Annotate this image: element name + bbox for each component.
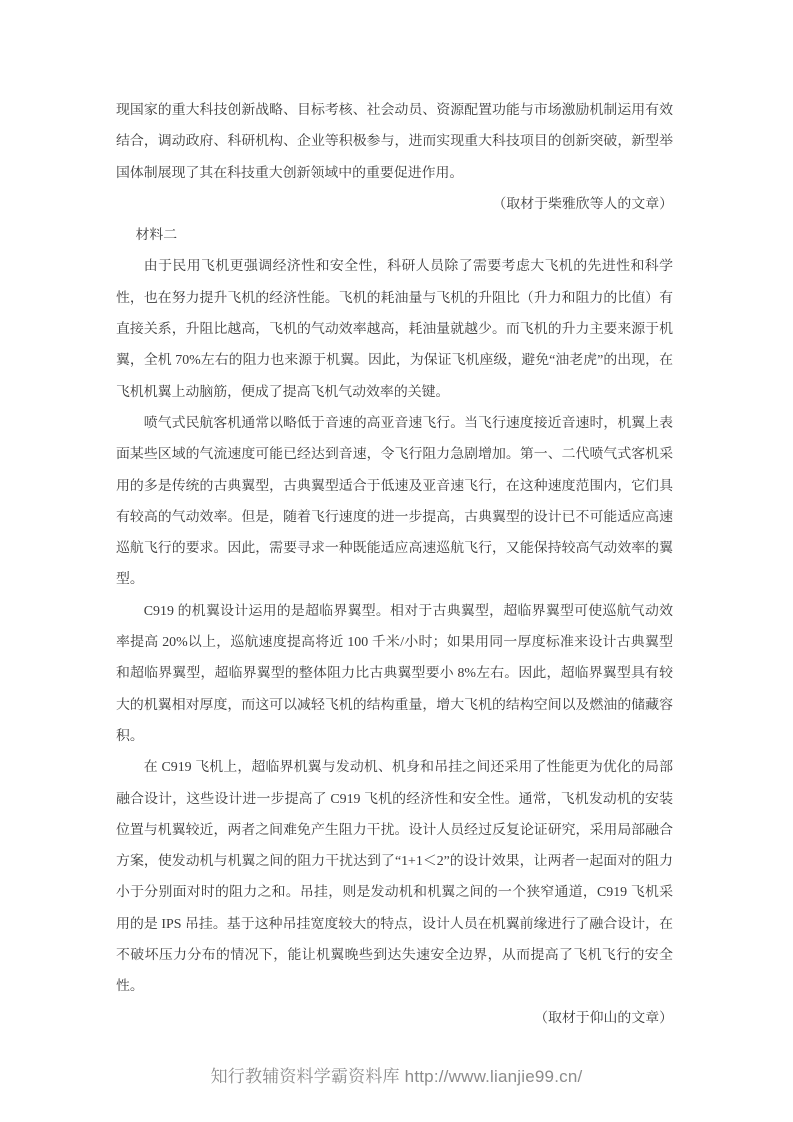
paragraph-fusion-design: 在 C919 飞机上，超临界机翼与发动机、机身和吊挂之间还采用了性能更为优化的局… xyxy=(116,752,673,1002)
document-page: 现国家的重大科技创新战略、目标考核、社会动员、资源配置功能与市场激励机制运用有效… xyxy=(0,0,793,1122)
paragraph-national-strategy-continuation: 现国家的重大科技创新战略、目标考核、社会动员、资源配置功能与市场激励机制运用有效… xyxy=(116,95,673,189)
watermark-footer: 知行教辅资料学霸资料库 http://www.lianjie99.cn/ xyxy=(0,1064,793,1090)
paragraph-supercritical-airfoil: C919 的机翼设计运用的是超临界翼型。相对于古典翼型，超临界翼型可使巡航气动效… xyxy=(116,596,673,752)
paragraph-aircraft-economy: 由于民用飞机更强调经济性和安全性，科研人员除了需要考虑大飞机的先进性和科学性，也… xyxy=(116,251,673,407)
source-attribution-material-1: （取材于柴雅欣等人的文章） xyxy=(116,189,673,220)
section-heading-material-2: 材料二 xyxy=(116,220,673,251)
watermark-text: 知行教辅资料学霸资料库 http://www.lianjie99.cn/ xyxy=(211,1067,583,1086)
document-text-column: 现国家的重大科技创新战略、目标考核、社会动员、资源配置功能与市场激励机制运用有效… xyxy=(116,95,673,1034)
paragraph-classic-airfoil: 喷气式民航客机通常以略低于音速的高亚音速飞行。当飞行速度接近音速时，机翼上表面某… xyxy=(116,408,673,596)
source-attribution-material-2: （取材于仰山的文章） xyxy=(116,1003,673,1034)
